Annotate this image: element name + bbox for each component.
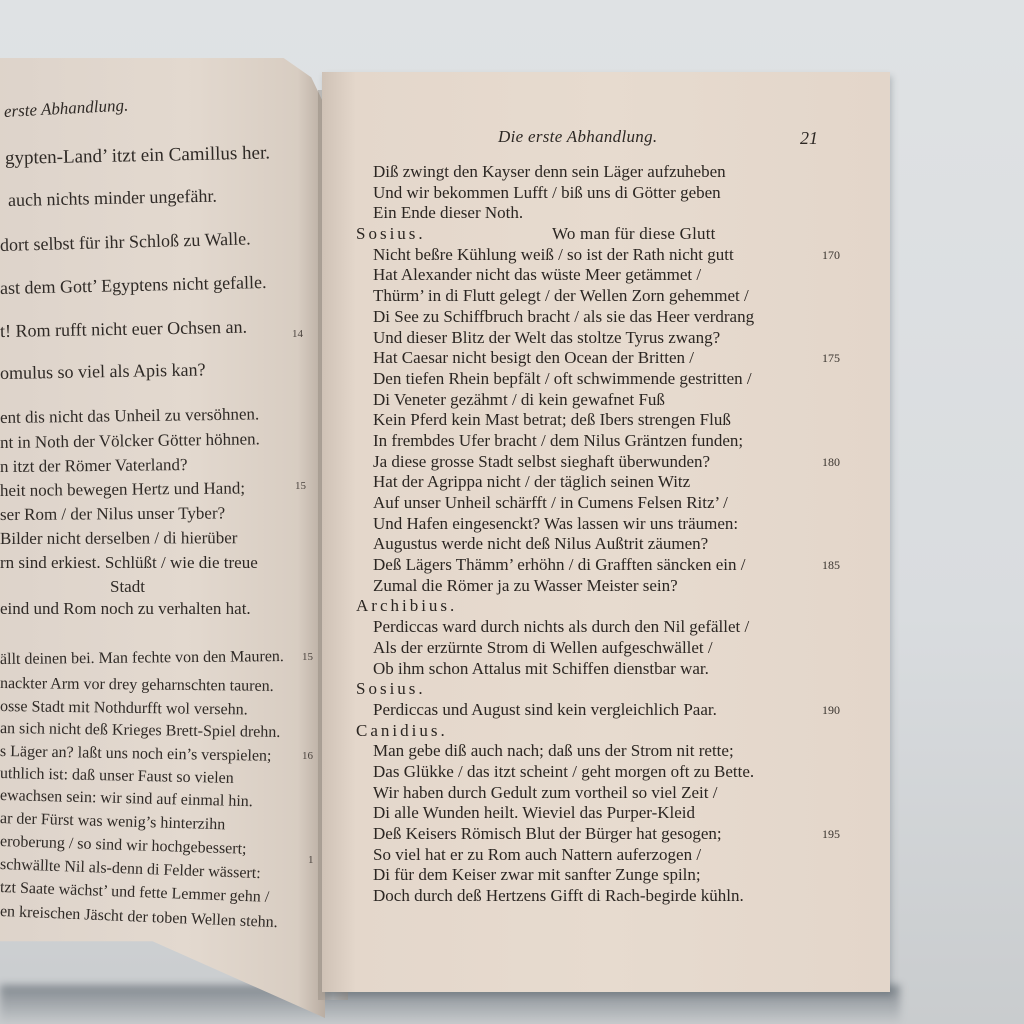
- left-verse-line: dort selbst für ihr Schloß zu Walle.: [0, 228, 251, 256]
- left-verse-line: nt in Noth der Völcker Götter höhnen.: [0, 429, 260, 453]
- speaker-name: Canidius.: [356, 721, 448, 740]
- page-number: 21: [800, 128, 818, 149]
- left-page: erste Abhandlung. Jäscht = brausenden Gi…: [0, 58, 325, 1018]
- verse-line: Di See zu Schiffbruch bracht / als sie d…: [356, 307, 866, 328]
- verse-text: Zumal die Römer ja zu Wasser Meister sei…: [356, 576, 678, 595]
- left-verse-line: nackter Arm vor drey geharnschten tauren…: [0, 675, 274, 696]
- verse-line: Und wir bekommen Lufft / biß uns di Gött…: [356, 183, 866, 204]
- speaker-row: Archibius.: [356, 596, 866, 617]
- left-line-number: 14: [292, 328, 303, 340]
- verse-text: Auf unser Unheil schärfft / in Cumens Fe…: [356, 493, 728, 512]
- verse-line: Zumal die Römer ja zu Wasser Meister sei…: [356, 576, 866, 597]
- left-verse-line: ewachsen sein: wir sind auf einmal hin.: [0, 787, 253, 811]
- left-verse-line: omulus so viel als Apis kan?: [0, 359, 206, 384]
- verse-line: Di für dem Keiser zwar mit sanfter Zunge…: [356, 865, 866, 886]
- left-verse-line: osse Stadt mit Nothdurfft wol versehn.: [0, 698, 248, 719]
- line-number: 195: [822, 824, 840, 845]
- verse-text: Und Hafen eingesenckt? Was lassen wir un…: [356, 514, 738, 533]
- verse-line: Augustus werde nicht deß Nilus Außtrit z…: [356, 534, 866, 555]
- speaker-row: Canidius.: [356, 721, 866, 742]
- left-page-text: erste Abhandlung. Jäscht = brausenden Gi…: [0, 58, 320, 1018]
- left-verse-line: eroberung / so sind wir hochgebessert;: [0, 833, 247, 859]
- line-number: 175: [822, 348, 840, 369]
- verse-text: Als der erzürnte Strom di Wellen aufgesc…: [356, 638, 713, 657]
- left-verse-line: n itzt der Römer Vaterland?: [0, 455, 188, 477]
- verse-line: Nicht beßre Kühlung weiß / so ist der Ra…: [356, 245, 866, 266]
- verse-line: Den tiefen Rhein bepfält / oft schwimmen…: [356, 369, 866, 390]
- running-head: Die erste Abhandlung.: [498, 127, 657, 147]
- verse-text: Man gebe diß auch nach; daß uns der Stro…: [356, 741, 734, 760]
- verse-line: Kein Pferd kein Mast betrat; deß Ibers s…: [356, 410, 866, 431]
- left-footnote: Jäscht = brausenden Gischt.: [0, 958, 123, 979]
- left-line-number: 1: [308, 854, 314, 866]
- verse-line: Das Glükke / das itzt scheint / geht mor…: [356, 762, 866, 783]
- verse-line: Deß Keisers Römisch Blut der Bürger hat …: [356, 824, 866, 845]
- verse-text: Deß Keisers Römisch Blut der Bürger hat …: [356, 824, 722, 843]
- left-verse-line: Stadt: [110, 577, 145, 597]
- verse-text: Kein Pferd kein Mast betrat; deß Ibers s…: [356, 410, 731, 429]
- verse-line: In frembdes Ufer bracht / dem Nilus Grän…: [356, 431, 866, 452]
- left-verse-line: rn sind erkiest. Schlüßt / wie die treue: [0, 553, 258, 573]
- verse-text: Ein Ende dieser Noth.: [356, 203, 523, 222]
- left-verse-line: heit noch bewegen Hertz und Hand;: [0, 478, 245, 501]
- verse-text-block: Diß zwingt den Kayser denn sein Läger au…: [356, 162, 866, 907]
- verse-text: In frembdes Ufer bracht / dem Nilus Grän…: [356, 431, 743, 450]
- verse-line: Als der erzürnte Strom di Wellen aufgesc…: [356, 638, 866, 659]
- line-number: 185: [822, 555, 840, 576]
- verse-line: Und dieser Blitz der Welt das stoltze Ty…: [356, 328, 866, 349]
- left-verse-line: en kreischen Jäscht der toben Wellen ste…: [0, 903, 278, 932]
- verse-line: Thürm’ in di Flutt gelegt / der Wellen Z…: [356, 286, 866, 307]
- left-verse-line: ällt deinen bei. Man fechte von den Maur…: [0, 648, 284, 669]
- left-verse-line: ent dis nicht das Unheil zu versöhnen.: [0, 404, 259, 428]
- verse-line: Hat Alexander nicht das wüste Meer getäm…: [356, 265, 866, 286]
- left-verse-line: s Läger an? laßt uns noch ein’s verspiel…: [0, 743, 272, 766]
- right-page: Die erste Abhandlung. 21 Diß zwingt den …: [322, 72, 890, 992]
- verse-text: Und wir bekommen Lufft / biß uns di Gött…: [356, 183, 721, 202]
- verse-text: Thürm’ in di Flutt gelegt / der Wellen Z…: [356, 286, 749, 305]
- verse-text: Perdiccas ward durch nichts als durch de…: [356, 617, 749, 636]
- left-verse-line: auch nichts minder ungefähr.: [8, 186, 217, 211]
- line-number: 190: [822, 700, 840, 721]
- verse-line: Ja diese grosse Stadt selbst sieghaft üb…: [356, 452, 866, 473]
- verse-text: Deß Lägers Thämm’ erhöhn / di Grafften s…: [356, 555, 745, 574]
- verse-text: Ob ihm schon Attalus mit Schiffen dienst…: [356, 659, 709, 678]
- verse-text: Di für dem Keiser zwar mit sanfter Zunge…: [356, 865, 701, 884]
- left-line-number: 15: [302, 651, 313, 663]
- speaker-name: Sosius.: [356, 679, 426, 698]
- verse-text: Di alle Wunden heilt. Wieviel das Purper…: [356, 803, 695, 822]
- verse-line: Perdiccas und August sind kein vergleich…: [356, 700, 866, 721]
- verse-text: So viel hat er zu Rom auch Nattern aufer…: [356, 845, 701, 864]
- verse-line: Deß Lägers Thämm’ erhöhn / di Grafften s…: [356, 555, 866, 576]
- verse-text: Und dieser Blitz der Welt das stoltze Ty…: [356, 328, 720, 347]
- left-verse-line: ast dem Gott’ Egyptens nicht gefalle.: [0, 272, 267, 299]
- verse-line: Hat Caesar nicht besigt den Ocean der Br…: [356, 348, 866, 369]
- verse-line: Doch durch deß Hertzens Gifft di Rach-be…: [356, 886, 866, 907]
- verse-line: Diß zwingt den Kayser denn sein Läger au…: [356, 162, 866, 183]
- left-verse-line: t! Rom rufft nicht euer Ochsen an.: [0, 317, 247, 342]
- verse-line: Ein Ende dieser Noth.: [356, 203, 866, 224]
- left-line-number: 15: [295, 480, 306, 492]
- verse-line: Auf unser Unheil schärfft / in Cumens Fe…: [356, 493, 866, 514]
- line-number: 170: [822, 245, 840, 266]
- verse-line: Und Hafen eingesenckt? Was lassen wir un…: [356, 514, 866, 535]
- left-verse-line: an sich nicht deß Krieges Brett-Spiel dr…: [0, 720, 280, 742]
- left-verse-line: schwällte Nil als-denn di Felder wässert…: [0, 856, 261, 883]
- verse-text: Augustus werde nicht deß Nilus Außtrit z…: [356, 534, 708, 553]
- verse-text: Perdiccas und August sind kein vergleich…: [356, 700, 717, 719]
- verse-text: Nicht beßre Kühlung weiß / so ist der Ra…: [356, 245, 734, 264]
- verse-text: Di Veneter gezähmt / di kein gewafnet Fu…: [356, 390, 665, 409]
- left-verse-line: gypten-Land’ itzt ein Camillus her.: [5, 142, 270, 170]
- left-verse-line: Bilder nicht derselben / di hierüber: [0, 528, 237, 549]
- left-line-number: 16: [302, 750, 313, 762]
- verse-line: Man gebe diß auch nach; daß uns der Stro…: [356, 741, 866, 762]
- left-verse-line: ser Rom / der Nilus unser Tyber?: [0, 503, 225, 525]
- speaker-name: Sosius.: [356, 224, 426, 243]
- verse-text: Di See zu Schiffbruch bracht / als sie d…: [356, 307, 754, 326]
- verse-text: Diß zwingt den Kayser denn sein Läger au…: [356, 162, 726, 181]
- verse-text: Hat Caesar nicht besigt den Ocean der Br…: [356, 348, 694, 367]
- verse-line: Ob ihm schon Attalus mit Schiffen dienst…: [356, 659, 866, 680]
- verse-line: Di alle Wunden heilt. Wieviel das Purper…: [356, 803, 866, 824]
- verse-line: Hat der Agrippa nicht / der täglich sein…: [356, 472, 866, 493]
- verse-text: Doch durch deß Hertzens Gifft di Rach-be…: [356, 886, 744, 905]
- verse-continuation: Wo man für diese Glutt: [552, 224, 716, 245]
- verse-line: Wir haben durch Gedult zum vortheil so v…: [356, 783, 866, 804]
- left-verse-line: uthlich ist: daß unser Faust so vielen: [0, 765, 234, 788]
- verse-line: Perdiccas ward durch nichts als durch de…: [356, 617, 866, 638]
- verse-line: Di Veneter gezähmt / di kein gewafnet Fu…: [356, 390, 866, 411]
- speaker-row: Sosius.Wo man für diese Glutt: [356, 224, 866, 245]
- left-verse-line: eind und Rom noch zu verhalten hat.: [0, 599, 251, 619]
- speaker-row: Sosius.: [356, 679, 866, 700]
- verse-text: Das Glükke / das itzt scheint / geht mor…: [356, 762, 754, 781]
- verse-text: Hat Alexander nicht das wüste Meer getäm…: [356, 265, 701, 284]
- verse-text: Ja diese grosse Stadt selbst sieghaft üb…: [356, 452, 710, 471]
- line-number: 180: [822, 452, 840, 473]
- left-running-head: erste Abhandlung.: [3, 96, 128, 122]
- left-verse-line: tzt Saate wächst’ und fette Lemmer gehn …: [0, 879, 270, 907]
- speaker-name: Archibius.: [356, 596, 457, 615]
- left-verse-line: ar der Fürst was wenig’s hinterzihn: [0, 810, 225, 834]
- verse-text: Hat der Agrippa nicht / der täglich sein…: [356, 472, 690, 491]
- verse-text: Wir haben durch Gedult zum vortheil so v…: [356, 783, 717, 802]
- verse-text: Den tiefen Rhein bepfält / oft schwimmen…: [356, 369, 752, 388]
- verse-line: So viel hat er zu Rom auch Nattern aufer…: [356, 845, 866, 866]
